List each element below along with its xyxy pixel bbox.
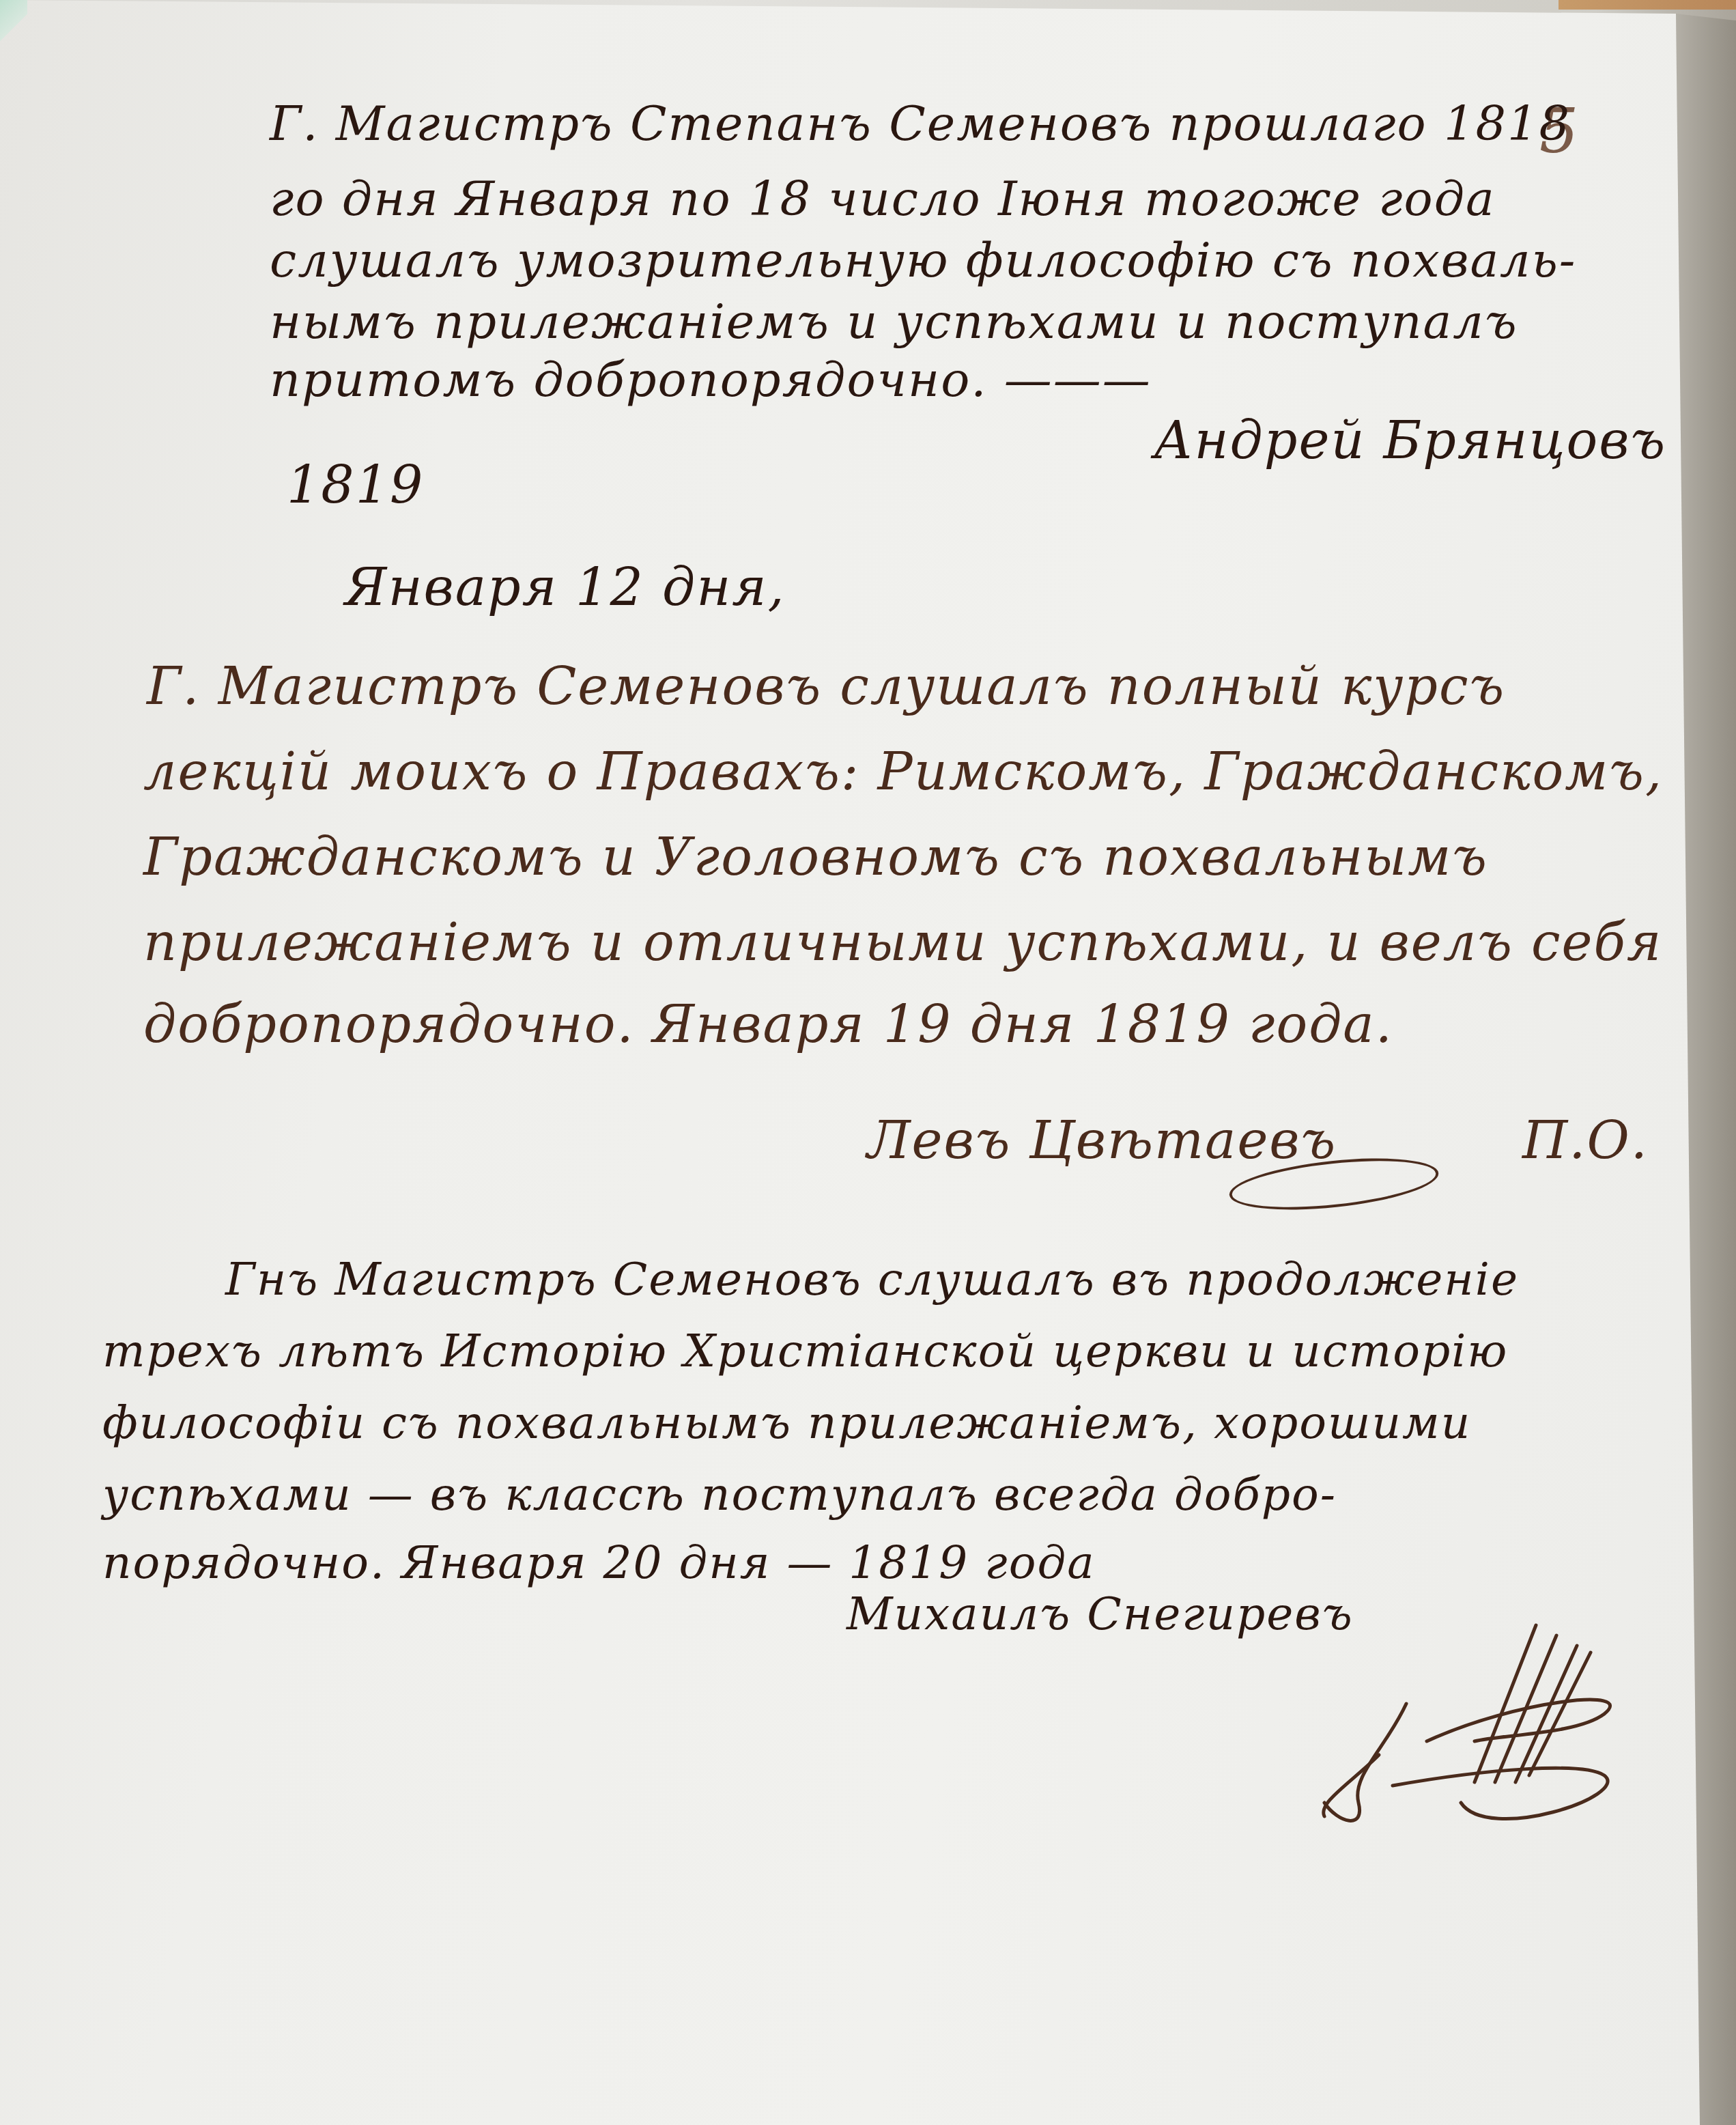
text-line: философіи съ похвальнымъ прилежаніемъ, х…	[102, 1396, 1471, 1449]
text-line: Гражданскомъ и Уголовномъ съ похвальнымъ	[143, 826, 1488, 887]
wood-surface-corner	[1559, 0, 1736, 10]
text-line: трехъ лѣтъ Исторію Христіанской церкви и…	[102, 1325, 1508, 1377]
text-line: успѣхами — въ классѣ поступалъ всегда до…	[102, 1468, 1337, 1521]
date-heading: Января 12 дня,	[345, 557, 786, 617]
text-line: притомъ добропорядочно. ———	[270, 352, 1152, 408]
text-line: порядочно. Января 20 дня — 1819 года	[102, 1536, 1096, 1589]
signature-mikhail-snegirev: Михаилъ Снегиревъ	[846, 1588, 1354, 1640]
text-line: прилежаніемъ и отличными успѣхами, и вел…	[143, 912, 1662, 972]
text-line: добропорядочно. Января 19 дня 1819 года.	[143, 994, 1393, 1054]
year-heading: 1819	[287, 454, 424, 515]
signature-andrey-bryantsov: Андрей Брянцовъ	[1154, 410, 1666, 470]
signature-paraph-icon	[1311, 1598, 1693, 1830]
text-line: Г. Магистръ Степанъ Семеновъ прошлаго 18…	[270, 96, 1571, 152]
folded-corner	[0, 0, 27, 41]
text-line: Г. Магистръ Семеновъ слушалъ полный курс…	[147, 656, 1505, 716]
text-line: Гнъ Магистръ Семеновъ слушалъ въ продолж…	[225, 1253, 1519, 1306]
text-line: го дня Января по 18 число Іюня тогоже го…	[270, 171, 1496, 227]
signature-lev-tsvetaev: Левъ Цвѣтаевъ	[867, 1110, 1337, 1170]
text-line: лекцій моихъ о Правахъ: Римскомъ, Гражда…	[143, 741, 1663, 802]
text-line: слушалъ умозрительную философію съ похва…	[270, 232, 1576, 288]
text-line: нымъ прилежаніемъ и успѣхами и поступалъ	[270, 294, 1518, 350]
signature-suffix: П.О.	[1522, 1110, 1649, 1170]
